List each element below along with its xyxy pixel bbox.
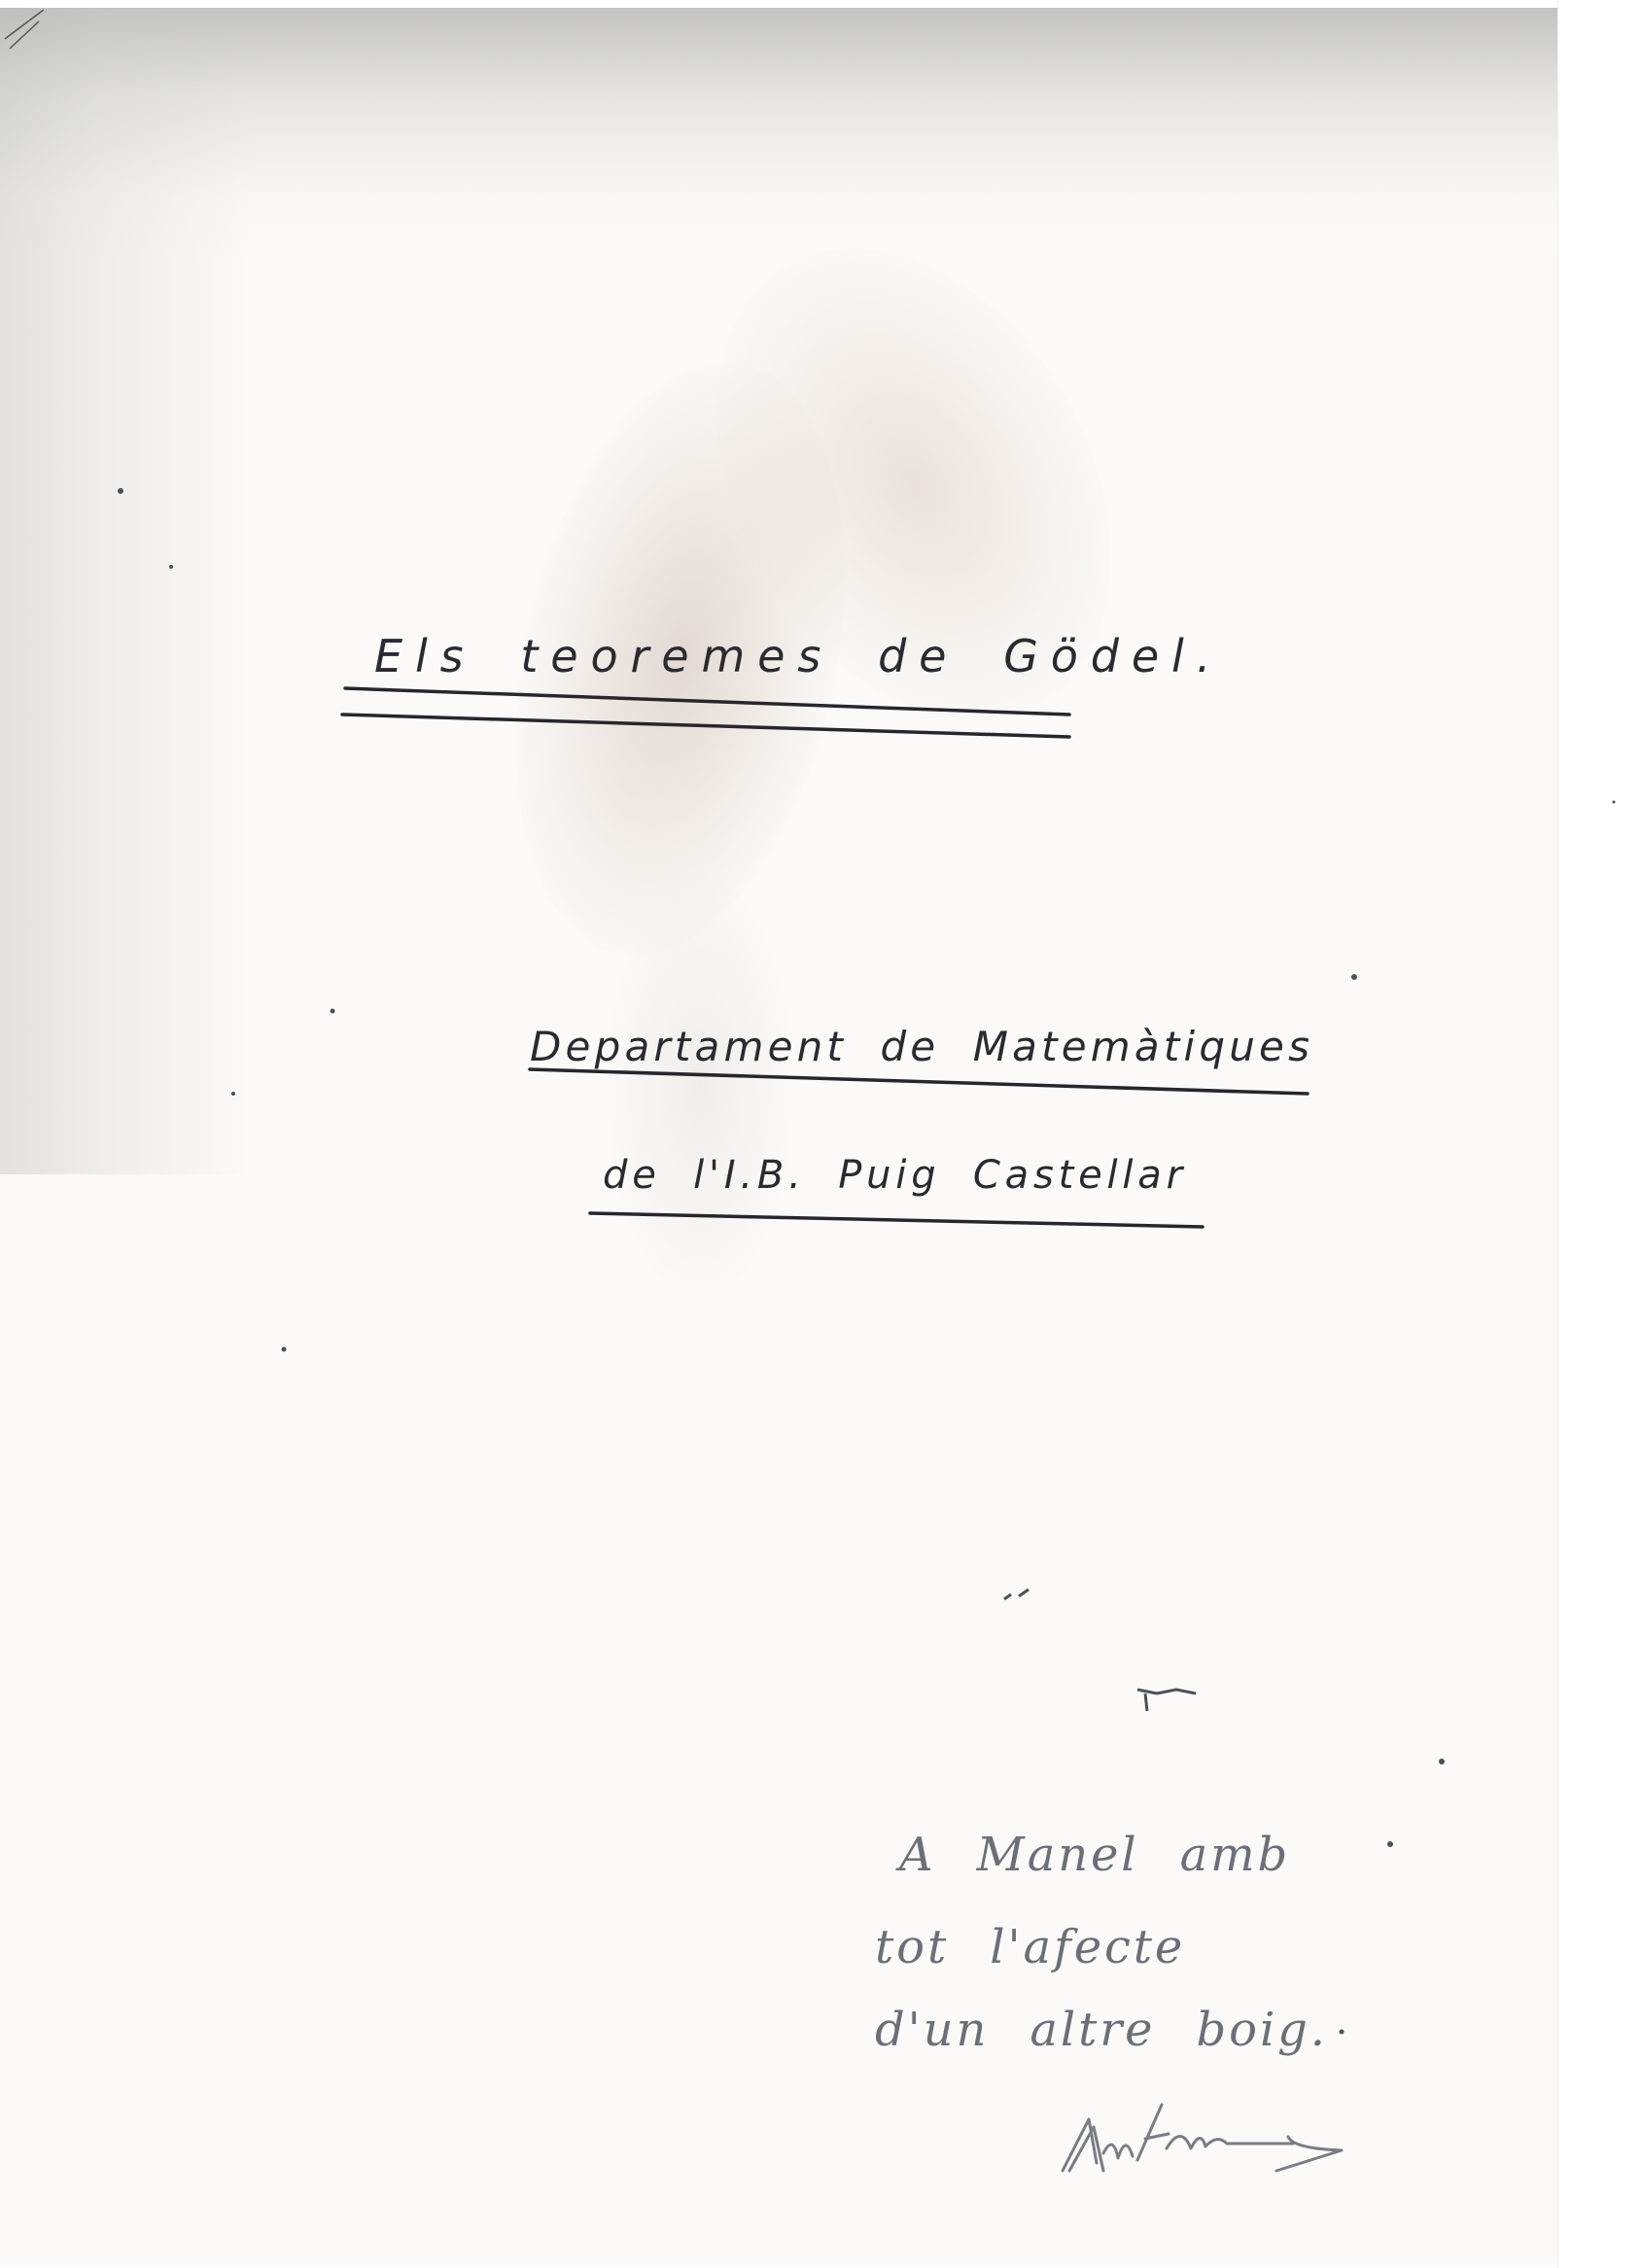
dedication-line-2: tot l'afecte xyxy=(875,1920,1185,1974)
scanned-page xyxy=(0,8,1557,2265)
dedication-line-1: A Manel amb xyxy=(899,1828,1290,1882)
school-line: de l'I.B. Puig Castellar xyxy=(603,1153,1187,1198)
smudge-shadow xyxy=(603,863,797,1310)
department-line: Departament de Matemàtiques xyxy=(530,1023,1313,1070)
scan-shadow-left xyxy=(0,8,253,1174)
dedication-line-3: d'un altre boig. xyxy=(875,2003,1328,2057)
document-title: Els teoremes de Gödel. xyxy=(374,630,1223,682)
scan-margin xyxy=(1557,0,1641,2268)
